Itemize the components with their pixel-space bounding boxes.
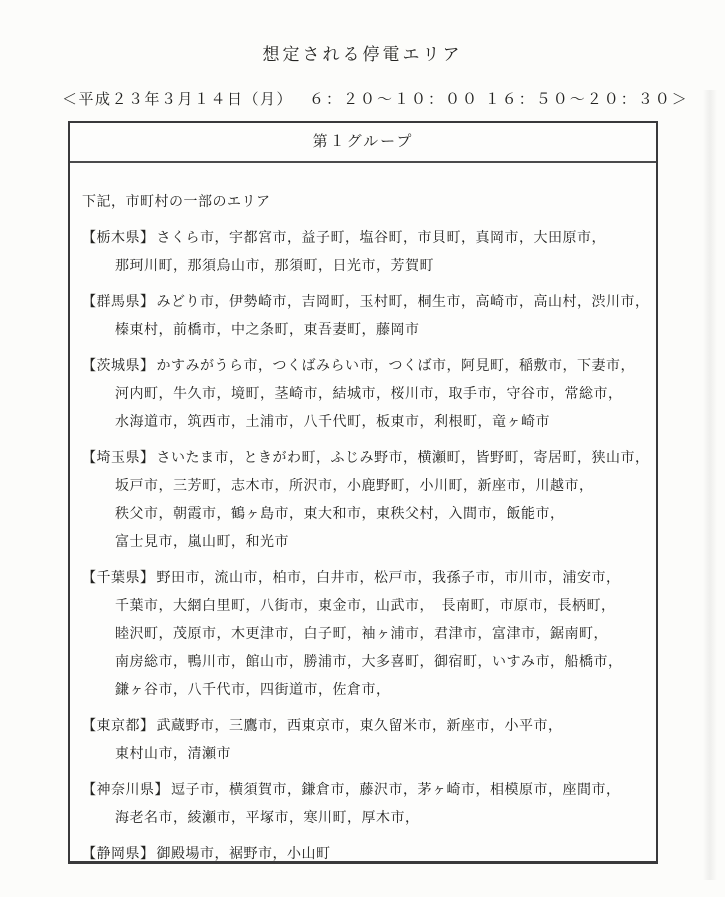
area-continuation-line: 富士見市，嵐山町，和光市 bbox=[115, 529, 646, 557]
area-continuation-line: 那珂川町，那須烏山市，那須町，日光市，芳賀町 bbox=[115, 253, 646, 281]
page-title: 想定される停電エリア bbox=[0, 40, 725, 65]
area-continuation-line: 秩父市，朝霞市，鶴ヶ島市，東大和市，東秩父村，入間市，飯能市， bbox=[115, 501, 646, 529]
prefecture-section: 【栃木県】さくら市，宇都宮市，益子町，塩谷町，市貝町，真岡市，大田原市， 那珂川… bbox=[82, 225, 646, 281]
prefecture-label: 【神奈川県】 bbox=[82, 783, 169, 798]
prefecture-label: 【群馬県】 bbox=[82, 295, 155, 310]
area-note: 下記，市町村の一部のエリア bbox=[82, 189, 646, 217]
area-continuation-line: 東村山市，清瀬市 bbox=[115, 741, 646, 769]
open-bracket: ＜ bbox=[62, 88, 79, 109]
area-first-line: 【茨城県】かすみがうら市，つくばみらい市，つくば市，阿見町，稲敷市，下妻市， bbox=[82, 353, 646, 381]
area-line-text: みどり市，伊勢崎市，吉岡町，玉村町，桐生市，高崎市，高山村，渋川市， bbox=[157, 295, 647, 310]
area-first-line: 【千葉県】野田市，流山市，柏市，白井市，松戸市，我孫子市，市川市，浦安市， bbox=[82, 565, 646, 593]
group-content: 下記，市町村の一部のエリア 【栃木県】さくら市，宇都宮市，益子町，塩谷町，市貝町… bbox=[70, 163, 656, 869]
scan-shadow-artifact bbox=[703, 90, 717, 880]
area-line-text: さいたま市，ときがわ町，ふじみ野市，横瀬町，皆野町，寄居町，狭山市， bbox=[157, 451, 647, 466]
area-first-line: 【埼玉県】さいたま市，ときがわ町，ふじみ野市，横瀬町，皆野町，寄居町，狭山市， bbox=[82, 445, 646, 473]
area-line-text: さくら市，宇都宮市，益子町，塩谷町，市貝町，真岡市，大田原市， bbox=[157, 231, 607, 246]
prefecture-label: 【千葉県】 bbox=[82, 571, 155, 586]
area-line-text: 野田市，流山市，柏市，白井市，松戸市，我孫子市，市川市，浦安市， bbox=[157, 571, 621, 586]
area-first-line: 【栃木県】さくら市，宇都宮市，益子町，塩谷町，市貝町，真岡市，大田原市， bbox=[82, 225, 646, 253]
prefecture-section: 【千葉県】野田市，流山市，柏市，白井市，松戸市，我孫子市，市川市，浦安市， 千葉… bbox=[82, 565, 646, 705]
area-continuation-line: 鎌ヶ谷市，八千代市，四街道市，佐倉市， bbox=[115, 677, 646, 705]
area-line-text: かすみがうら市，つくばみらい市，つくば市，阿見町，稲敷市，下妻市， bbox=[157, 359, 636, 374]
prefecture-section: 【埼玉県】さいたま市，ときがわ町，ふじみ野市，横瀬町，皆野町，寄居町，狭山市， … bbox=[82, 445, 646, 557]
group-box: 第１グループ 下記，市町村の一部のエリア 【栃木県】さくら市，宇都宮市，益子町，… bbox=[68, 121, 658, 864]
prefecture-section: 【茨城県】かすみがうら市，つくばみらい市，つくば市，阿見町，稲敷市，下妻市， 河… bbox=[82, 353, 646, 437]
area-first-line: 【東京都】武蔵野市，三鷹市，西東京市，東久留米市，新座市，小平市， bbox=[82, 713, 646, 741]
close-bracket: ＞ bbox=[672, 88, 689, 109]
area-continuation-line: 水海道市，筑西市，土浦市，八千代町，板東市，利根町，竜ヶ崎市 bbox=[115, 409, 646, 437]
prefecture-label: 【埼玉県】 bbox=[82, 451, 155, 466]
prefecture-label: 【茨城県】 bbox=[82, 359, 155, 374]
area-continuation-line: 榛東村，前橋市，中之条町，東吾妻町，藤岡市 bbox=[115, 317, 646, 345]
time-ranges: ６：２０～１０：００ １６：５０～２０：３０ bbox=[309, 88, 672, 109]
area-first-line: 【静岡県】御殿場市，裾野市，小山町 bbox=[82, 841, 646, 869]
prefecture-label: 【栃木県】 bbox=[82, 231, 155, 246]
area-continuation-line: 坂戸市，三芳町，志木市，所沢市，小鹿野町，小川町，新座市，川越市， bbox=[115, 473, 646, 501]
area-line-text: 御殿場市，裾野市，小山町 bbox=[157, 847, 331, 862]
group-header: 第１グループ bbox=[70, 123, 656, 163]
area-continuation-line: 南房総市，鴨川市，館山市，勝浦市，大多喜町，御宿町，いすみ市，船橋市， bbox=[115, 649, 646, 677]
area-continuation-line: 河内町，牛久市，境町，茎崎市，結城市，桜川市，取手市，守谷市，常総市， bbox=[115, 381, 646, 409]
area-line-text: 逗子市，横須賀市，鎌倉市，藤沢市，茅ヶ崎市，相模原市，座間市， bbox=[171, 783, 621, 798]
area-first-line: 【神奈川県】逗子市，横須賀市，鎌倉市，藤沢市，茅ヶ崎市，相模原市，座間市， bbox=[82, 777, 646, 805]
document-page: 想定される停電エリア ＜ 平成２３年３月１４日（月） ６：２０～１０：００ １６… bbox=[0, 0, 725, 897]
date-line: ＜ 平成２３年３月１４日（月） ６：２０～１０：００ １６：５０～２０：３０ ＞ bbox=[62, 88, 634, 109]
prefecture-section: 【神奈川県】逗子市，横須賀市，鎌倉市，藤沢市，茅ヶ崎市，相模原市，座間市， 海老… bbox=[82, 777, 646, 833]
prefecture-section: 【東京都】武蔵野市，三鷹市，西東京市，東久留米市，新座市，小平市， 東村山市，清… bbox=[82, 713, 646, 769]
prefecture-section: 【静岡県】御殿場市，裾野市，小山町 bbox=[82, 841, 646, 869]
area-first-line: 【群馬県】みどり市，伊勢崎市，吉岡町，玉村町，桐生市，高崎市，高山村，渋川市， bbox=[82, 289, 646, 317]
date-text: 平成２３年３月１４日（月） bbox=[79, 88, 294, 109]
area-line-text: 武蔵野市，三鷹市，西東京市，東久留米市，新座市，小平市， bbox=[157, 719, 563, 734]
prefecture-section: 【群馬県】みどり市，伊勢崎市，吉岡町，玉村町，桐生市，高崎市，高山村，渋川市， … bbox=[82, 289, 646, 345]
area-continuation-line: 睦沢町，茂原市，木更津市，白子町，袖ヶ浦市，君津市，富津市，鋸南町， bbox=[115, 621, 646, 649]
area-continuation-line: 千葉市，大網白里町，八街市，東金市，山武市， 長南町，市原市，長柄町， bbox=[115, 593, 646, 621]
prefecture-label: 【静岡県】 bbox=[82, 847, 155, 862]
area-continuation-line: 海老名市，綾瀬市，平塚市，寒川町，厚木市， bbox=[115, 805, 646, 833]
prefecture-label: 【東京都】 bbox=[82, 719, 155, 734]
prefecture-sections: 【栃木県】さくら市，宇都宮市，益子町，塩谷町，市貝町，真岡市，大田原市， 那珂川… bbox=[82, 225, 646, 869]
